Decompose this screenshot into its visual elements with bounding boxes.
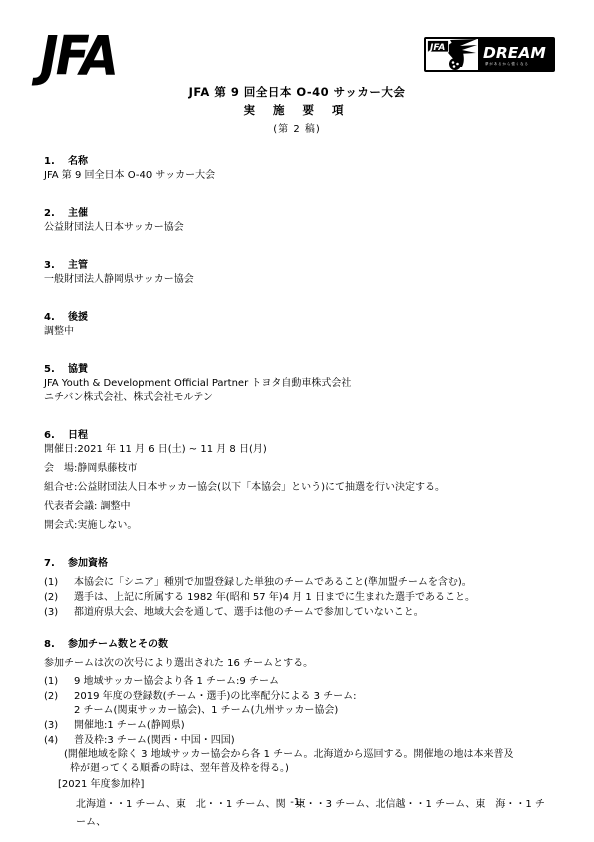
section-host: 3.主管 一般財団法人静岡県サッカー協会: [44, 259, 550, 287]
section-intro: 参加チームは次の次号により選出された 16 チームとする。: [44, 655, 550, 672]
section-heading: 7.参加資格: [44, 557, 550, 571]
section-heading: 1.名称: [44, 155, 550, 169]
jfa-dream-logo: JFA DREAM 夢があるから強くなる: [424, 37, 555, 76]
section-title: 後援: [68, 312, 88, 323]
section-number: 8.: [44, 638, 68, 652]
section-name: 1.名称 JFA 第 9 回全日本 O-40 サッカー大会: [44, 155, 550, 183]
section-eligibility: 7.参加資格 (1) 本協会に「シニア」種別で加盟登録した単独のチームであること…: [44, 557, 550, 620]
sub-note: 2 チーム(関東サッカー協会)、1 チーム(九州サッカー協会): [74, 704, 550, 718]
item-number: (2): [44, 689, 74, 704]
schedule-meeting-line: 代表者会議: 調整中: [44, 500, 550, 514]
list-item: (3) 開催地:1 チーム(静岡県): [44, 718, 550, 733]
item-number: (3): [44, 605, 74, 620]
schedule-ceremony-line: 開会式:実施しない。: [44, 519, 550, 533]
section-support: 4.後援 調整中: [44, 311, 550, 339]
section-number: 4.: [44, 311, 68, 325]
item-text: 2019 年度の登録数(チーム・選手)の比率配分による 3 チーム:: [74, 689, 550, 704]
section-title: 協賛: [68, 364, 88, 375]
section-number: 6.: [44, 429, 68, 443]
list-item: (1) 9 地域サッカー協会より各 1 チーム:9 チーム: [44, 674, 550, 689]
document-page: JFA JFA DREAM 夢があるから強くなる JFA 第 9 回全: [0, 0, 594, 842]
section-number: 7.: [44, 557, 68, 571]
item-number: (1): [44, 575, 74, 590]
sponsor-line-1: JFA Youth & Development Official Partner…: [44, 377, 550, 391]
item-number: (4): [44, 733, 74, 748]
dream-logo-jfa-label: JFA: [428, 43, 445, 53]
item-text: 選手は、上記に所属する 1982 年(昭和 57 年)4 月 1 日までに生まれ…: [74, 590, 550, 605]
section-title: 日程: [68, 430, 88, 441]
item-number: (2): [44, 590, 74, 605]
schedule-draw-line: 組合せ:公益財団法人日本サッカー協会(以下「本協会」という)にて抽選を行い決定す…: [44, 481, 550, 495]
item-number: (1): [44, 674, 74, 689]
section-body-line: 一般財団法人静岡県サッカー協会: [44, 273, 550, 287]
section-heading: 4.後援: [44, 311, 550, 325]
section-title: 主管: [68, 260, 88, 271]
dream-logo-dream-label: DREAM: [483, 44, 546, 62]
sub-note: 枠が廻ってくる順番の時は、翌年普及枠を得る。): [70, 762, 550, 776]
section-schedule: 6.日程 開催日:2021 年 11 月 6 日(土) ~ 11 月 8 日(月…: [44, 429, 550, 533]
item-text: 本協会に「シニア」種別で加盟登録した単独のチームであること(準加盟チームを含む)…: [74, 575, 550, 590]
sub-note: (開催地域を除く 3 地域サッカー協会から各 1 チーム。北海道から巡回する。開…: [64, 748, 550, 762]
section-sponsor: 5.協賛 JFA Youth & Development Official Pa…: [44, 363, 550, 405]
section-title: 主催: [68, 208, 88, 219]
document-subtitle: 実 施 要 項: [0, 102, 594, 118]
item-text: 都道府県大会、地域大会を通して、選手は他のチームで参加していないこと。: [74, 605, 550, 620]
section-heading: 6.日程: [44, 429, 550, 443]
sponsor-line-2: ニチバン株式会社、株式会社モルテン: [44, 391, 550, 405]
list-item: (3) 都道府県大会、地域大会を通して、選手は他のチームで参加していないこと。: [44, 605, 550, 620]
document-body: 1.名称 JFA 第 9 回全日本 O-40 サッカー大会 2.主催 公益財団法…: [44, 155, 550, 832]
section-number: 5.: [44, 363, 68, 377]
page-number: -1-: [0, 797, 594, 808]
section-body-line: JFA 第 9 回全日本 O-40 サッカー大会: [44, 169, 550, 183]
dream-logo-slogan: 夢があるから強くなる: [485, 61, 529, 66]
document-draft-note: (第 2 稿): [0, 120, 594, 135]
list-item: (1) 本協会に「シニア」種別で加盟登録した単独のチームであること(準加盟チーム…: [44, 575, 550, 590]
item-number: (3): [44, 718, 74, 733]
schedule-date-line: 開催日:2021 年 11 月 6 日(土) ~ 11 月 8 日(月): [44, 443, 550, 457]
section-organizer: 2.主催 公益財団法人日本サッカー協会: [44, 207, 550, 235]
section-number: 2.: [44, 207, 68, 221]
section-title: 参加チーム数とその数: [68, 639, 168, 650]
list-item: (4) 普及枠:3 チーム(関西・中国・四国): [44, 733, 550, 748]
schedule-venue-line: 会 場:静岡県藤枝市: [44, 462, 550, 476]
section-heading: 5.協賛: [44, 363, 550, 377]
list-item: (2) 選手は、上記に所属する 1982 年(昭和 57 年)4 月 1 日まで…: [44, 590, 550, 605]
participation-frame-note: [2021 年度参加枠]: [58, 777, 550, 793]
section-number: 3.: [44, 259, 68, 273]
list-item: (2) 2019 年度の登録数(チーム・選手)の比率配分による 3 チーム:: [44, 689, 550, 704]
section-title: 名称: [68, 156, 88, 167]
item-text: 普及枠:3 チーム(関西・中国・四国): [74, 733, 550, 748]
section-heading: 2.主催: [44, 207, 550, 221]
jfa-dream-logo-graphic: JFA DREAM 夢があるから強くなる: [424, 37, 555, 72]
section-title: 参加資格: [68, 558, 108, 569]
section-number: 1.: [44, 155, 68, 169]
section-body-line: 公益財団法人日本サッカー協会: [44, 221, 550, 235]
section-heading: 3.主管: [44, 259, 550, 273]
item-text: 開催地:1 チーム(静岡県): [74, 718, 550, 733]
section-heading: 8.参加チーム数とその数: [44, 638, 550, 652]
jfa-logo: JFA: [40, 26, 116, 86]
item-text: 9 地域サッカー協会より各 1 チーム:9 チーム: [74, 674, 550, 689]
section-body-line: 調整中: [44, 325, 550, 339]
